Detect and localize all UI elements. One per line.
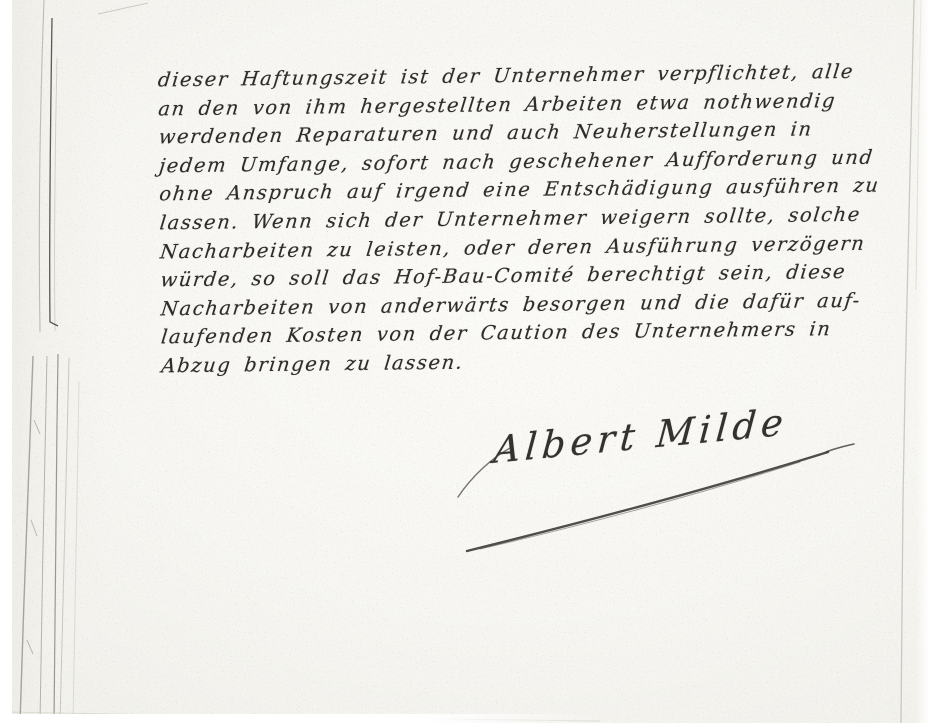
scanner-margin-left: [0, 0, 12, 723]
scanner-margin-bottom: [0, 714, 600, 723]
scanned-document-page: dieser Haftungszeit ist der Unternehmer …: [0, 0, 940, 723]
scanner-margin-right: [916, 0, 940, 723]
signature-flourish: [0, 0, 940, 723]
